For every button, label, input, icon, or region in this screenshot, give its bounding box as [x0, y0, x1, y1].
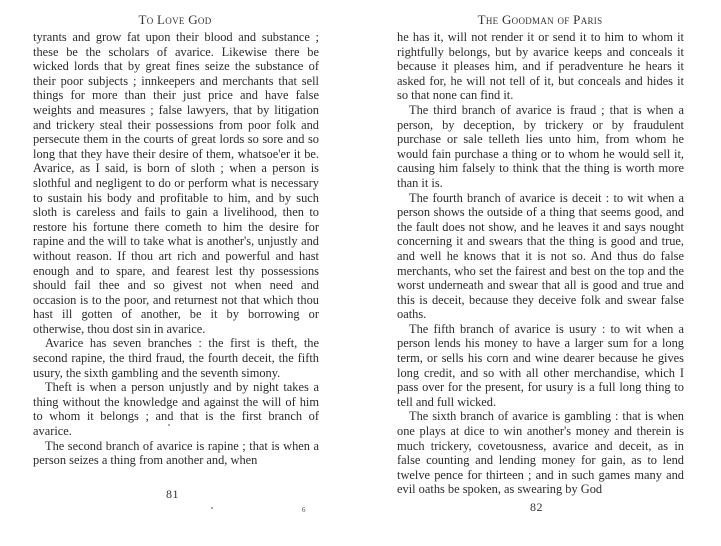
paragraph: he has it, will not render it or send it… — [397, 30, 684, 103]
page-number-left: 81 — [166, 487, 179, 502]
paragraph: The third branch of avarice is fraud ; t… — [397, 103, 684, 191]
right-page: The Goodman of Paris he has it, will not… — [360, 0, 721, 546]
paragraph: Avarice has seven branches : the first i… — [33, 336, 319, 380]
scan-speck — [168, 424, 170, 426]
running-head-right: The Goodman of Paris — [397, 12, 683, 28]
paragraph: The sixth branch of avarice is gambling … — [397, 409, 684, 497]
left-page: To Love God tyrants and grow fat upon th… — [0, 0, 360, 546]
paragraph: The fifth branch of avarice is usury : t… — [397, 322, 684, 410]
scan-speck — [211, 507, 213, 509]
paragraph: The fourth branch of avarice is deceit :… — [397, 191, 684, 322]
page-number-right: 82 — [530, 500, 543, 515]
paragraph: tyrants and grow fat upon their blood an… — [33, 30, 319, 336]
running-head-left: To Love God — [32, 12, 318, 28]
signature-mark: 6 — [302, 506, 306, 514]
right-page-body: he has it, will not render it or send it… — [397, 30, 684, 497]
left-page-body: tyrants and grow fat upon their blood an… — [33, 30, 319, 468]
paragraph: The second branch of avarice is rapine ;… — [33, 439, 319, 468]
paragraph: Theft is when a person unjustly and by n… — [33, 380, 319, 438]
